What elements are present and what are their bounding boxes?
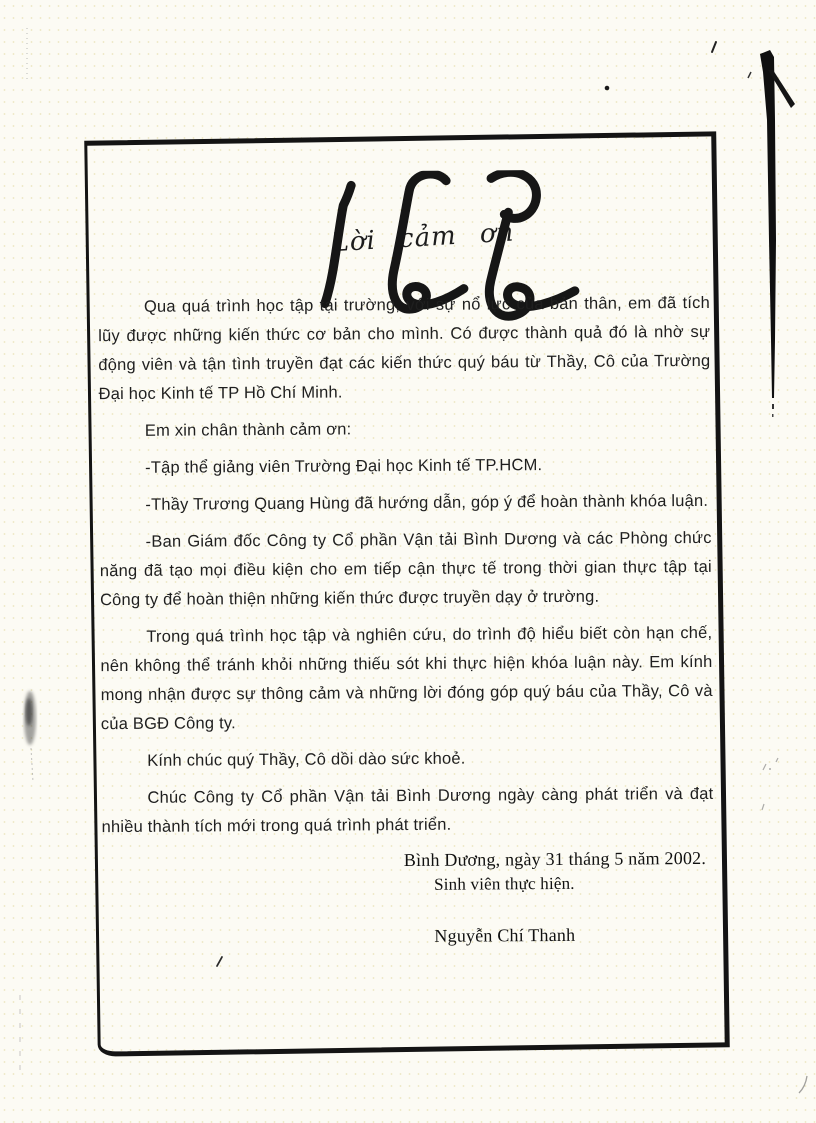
paragraph: -Thầy Trương Quang Hùng đã hướng dẫn, gó… (99, 487, 711, 520)
speck-mark (712, 42, 716, 52)
frame-content: Lời cảm ơn Qua quá trình học tập tại trư… (91, 139, 721, 1049)
signer-name: Nguyễn Chí Thanh (434, 922, 714, 948)
signoff-block: Bình Dương, ngày 31 tháng 5 năm 2002. Si… (404, 846, 715, 948)
paragraph: Kính chúc quý Thầy, Cô dồi dào sức khoẻ. (101, 743, 713, 776)
speck-dot (605, 86, 610, 91)
paragraph: Qua quá trình học tập tại trường, với sự… (98, 289, 711, 409)
bottom-right-scratch (799, 1076, 807, 1093)
place-date: Bình Dương, ngày 31 tháng 5 năm 2002. (404, 846, 714, 872)
body-text: Qua quá trình học tập tại trường, với sự… (98, 289, 715, 950)
ink-smudge (24, 691, 36, 782)
paragraph: -Ban Giám đốc Công ty Cổ phần Vận tải Bì… (100, 524, 713, 615)
paragraph: Trong quá trình học tập và nghiên cứu, d… (100, 619, 713, 739)
document-border-frame: Lời cảm ơn Qua quá trình học tập tại trư… (84, 131, 730, 1056)
paragraph: -Tập thể giảng viên Trường Đại học Kinh … (99, 450, 711, 483)
paragraph: Em xin chân thành cảm ơn: (99, 413, 711, 446)
vertical-scratch-mark (748, 50, 795, 417)
scanned-document-page: Lời cảm ơn Qua quá trình học tập tại trư… (0, 0, 816, 1123)
paragraph: Chúc Công ty Cổ phần Vận tải Bình Dương … (101, 780, 713, 842)
edge-traces (20, 28, 27, 1075)
faint-specks (762, 758, 778, 810)
signer-role: Sinh viên thực hiện. (434, 871, 714, 897)
